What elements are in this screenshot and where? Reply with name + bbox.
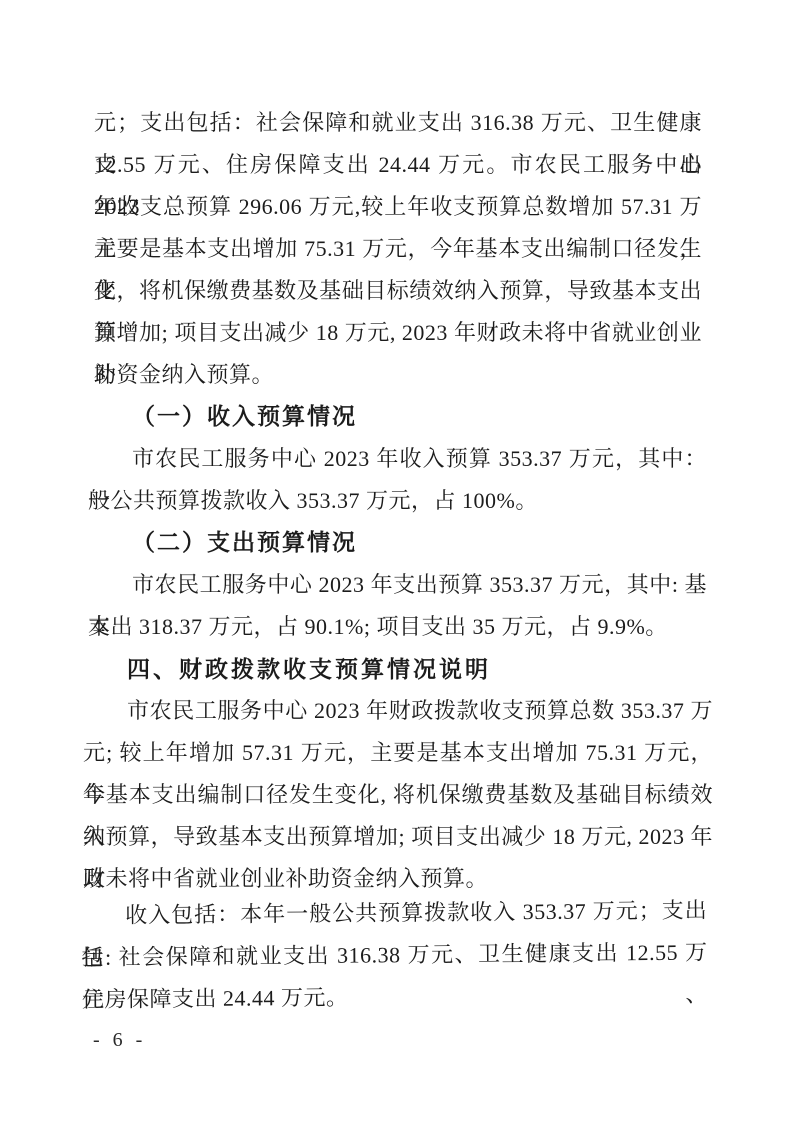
body-line: 市农民工服务中心 2023 年支出预算 353.37 万元，其中: 基本 xyxy=(88,564,707,606)
section-heading-expenditure-budget: （二）支出预算情况 xyxy=(88,522,707,564)
body-line: 12.55 万元、住房保障支出 24.44 万元。市农民工服务中心 2023 xyxy=(94,144,702,186)
body-line: 支出 318.37 万元，占 90.1%; 项目支出 35 万元，占 9.9%。 xyxy=(88,606,707,648)
body-line: 年基本支出编制口径发生变化, 将机保缴费基数及基础目标绩效纳 xyxy=(83,774,713,816)
section-heading-income-budget: （一）收入预算情况 xyxy=(88,396,707,438)
fiscal-appropriation-section: 四、财政拨款收支预算情况说明 市农民工服务中心 2023 年财政拨款收支预算总数… xyxy=(83,648,713,900)
body-line: 主要是基本支出增加 75.31 万元，今年基本支出编制口径发生变 xyxy=(94,228,702,270)
income-expense-summary-paragraph: 收入包括：本年一般公共预算拨款收入 353.37 万元；支出包 括: 社会保障和… xyxy=(81,890,708,1021)
paragraph-continued: 元；支出包括：社会保障和就业支出 316.38 万元、卫生健康支出 12.55 … xyxy=(94,102,702,396)
income-expense-sections: （一）收入预算情况 市农民工服务中心 2023 年收入预算 353.37 万元，… xyxy=(88,396,707,648)
body-line: 入预算，导致基本支出预算增加; 项目支出减少 18 万元, 2023 年财 xyxy=(83,816,713,858)
body-line: 助资金纳入预算。 xyxy=(94,354,702,396)
body-line: 年收支总预算 296.06 万元,较上年收支预算总数增加 57.31 万元， xyxy=(94,186,702,228)
body-line: 化，将机保缴费基数及基础目标绩效纳入预算，导致基本支出预 xyxy=(94,270,702,312)
page-number: - 6 - xyxy=(93,1028,146,1052)
body-line: 算增加; 项目支出减少 18 万元, 2023 年财政未将中省就业创业补 xyxy=(94,312,702,354)
body-line: 括: 社会保障和就业支出 316.38 万元、卫生健康支出 12.55 万元、 xyxy=(81,932,707,979)
body-line: 收入包括：本年一般公共预算拨款收入 353.37 万元；支出包 xyxy=(81,890,707,937)
body-line: 元；支出包括：社会保障和就业支出 316.38 万元、卫生健康支出 xyxy=(94,102,702,144)
document-page: 元；支出包括：社会保障和就业支出 316.38 万元、卫生健康支出 12.55 … xyxy=(0,0,793,1122)
body-line: 市农民工服务中心 2023 年财政拨款收支预算总数 353.37 万 xyxy=(83,690,713,732)
body-line: 般公共预算拨款收入 353.37 万元，占 100%。 xyxy=(88,480,707,522)
section-heading-fiscal-appropriation: 四、财政拨款收支预算情况说明 xyxy=(83,648,713,690)
body-line: 元; 较上年增加 57.31 万元，主要是基本支出增加 75.31 万元，今 xyxy=(83,732,713,774)
body-line: 市农民工服务中心 2023 年收入预算 353.37 万元，其中：一 xyxy=(88,438,707,480)
